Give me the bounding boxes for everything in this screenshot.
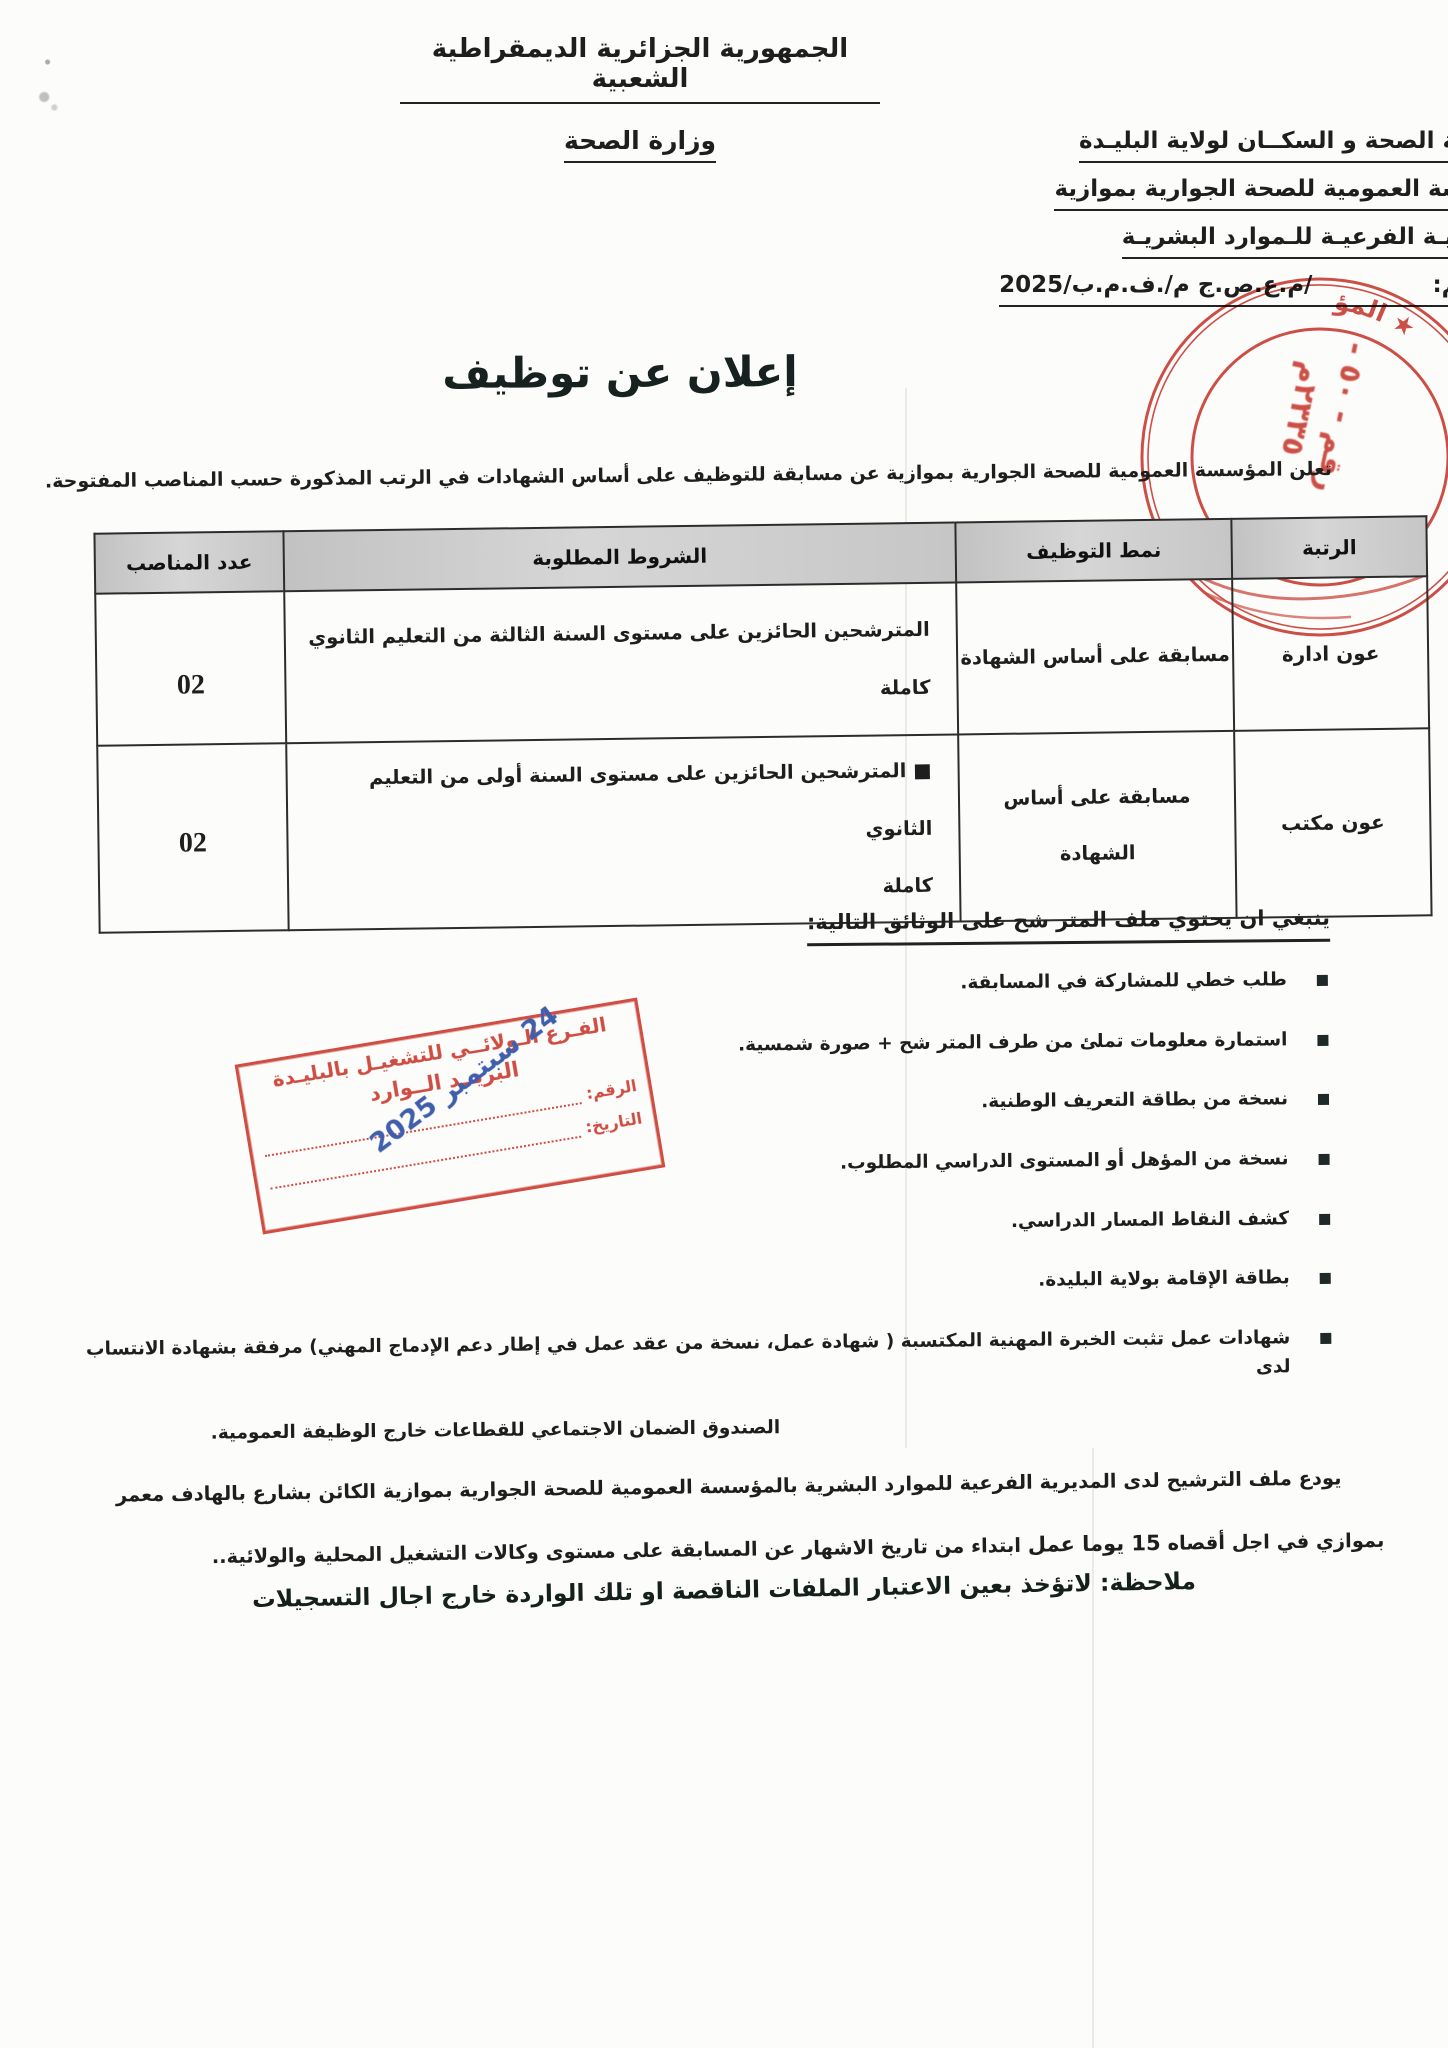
national-header: الجمهورية الجزائرية الديمقراطية الشعبية … xyxy=(400,34,880,163)
positions-table: الرتبة نمط التوظيف الشروط المطلوبة عدد ا… xyxy=(93,515,1432,933)
list-item-text: كشف النقاط المسار الدراسي. xyxy=(1011,1205,1290,1236)
list-item-text: نسخة من بطاقة التعريف الوطنية. xyxy=(981,1086,1288,1118)
square-bullet-icon xyxy=(1320,1273,1331,1284)
list-item: كشف النقاط المسار الدراسي. xyxy=(55,1205,1330,1246)
square-bullet-icon xyxy=(1317,975,1328,986)
table-row: عون ادارة مسابقة على أساس الشهادة المترش… xyxy=(95,576,1429,745)
square-bullet-icon xyxy=(1320,1333,1331,1344)
count-cell: 02 xyxy=(97,743,288,932)
square-bullet-icon xyxy=(1319,1214,1330,1225)
page-title: إعلان عن توظيف xyxy=(360,347,880,399)
submission-text-continued: ابتداء من تاريخ الاشهار عن المسابقة على … xyxy=(212,1533,1028,1567)
mode-cell: مسابقة على أساس الشهادة xyxy=(958,731,1237,921)
list-item: طلب خطي للمشاركة في المسابقة. xyxy=(53,966,1328,1007)
col-header-recruitment-mode: نمط التوظيف xyxy=(955,519,1232,583)
list-item-text: طلب خطي للمشاركة في المسابقة. xyxy=(960,966,1287,998)
establishment-line: سسة العمومية للصحة الجوارية بموازية xyxy=(1054,176,1448,211)
col-header-required-conditions: الشروط المطلوبة xyxy=(283,522,956,591)
square-bullet-icon xyxy=(1317,1035,1328,1046)
rank-cell: عون ادارة xyxy=(1232,576,1429,731)
documents-heading: ينبغي ان يحتوي ملف المتر شح على الوثائق … xyxy=(807,906,1330,947)
list-item-text: بطاقة الإقامة بولاية البليدة. xyxy=(1038,1265,1290,1296)
scanned-job-announcement-page: { "colors":{"stamp_red":"#cd3a2f","hand_… xyxy=(0,0,1448,2048)
deadline-bold-text: 15 يوما عمل xyxy=(1028,1530,1161,1556)
square-bullet-icon xyxy=(1318,1094,1329,1105)
rect-stamp-number-label: الرقم: xyxy=(585,1076,638,1103)
rect-stamp-date-label: التاريخ: xyxy=(584,1108,644,1136)
list-item: شهادات عمل تثبت الخبرة المهنية المكتسبة … xyxy=(56,1324,1331,1394)
documents-heading-text: ينبغي ان يحتوي ملف المتر شح على الوثائق … xyxy=(807,906,1330,947)
ministry-title: وزارة الصحة xyxy=(564,126,716,163)
col-header-positions-count: عدد المناصب xyxy=(94,531,284,593)
directorate-line: يرية الصحة و السكــان لولاية البليـدة xyxy=(1079,128,1448,163)
conditions-cell: المترشحين الحائزين على مستوى السنة الثال… xyxy=(284,582,958,743)
scan-smudge xyxy=(34,48,68,118)
list-item: بطاقة الإقامة بولاية البليدة. xyxy=(56,1264,1331,1305)
list-item-text: شهادات عمل تثبت الخبرة المهنية المكتسبة … xyxy=(56,1324,1290,1393)
list-item-continuation: الصندوق الضمان الاجتماعي للقطاعات خارج ا… xyxy=(57,1418,780,1446)
col-header-rank: الرتبة xyxy=(1231,516,1427,579)
count-cell: 02 xyxy=(95,591,286,745)
republic-title: الجمهورية الجزائرية الديمقراطية الشعبية xyxy=(400,34,880,104)
mode-cell: مسابقة على أساس الشهادة xyxy=(956,579,1234,735)
list-item-text: استمارة معلومات تملئ من طرف المتر شح + ص… xyxy=(738,1026,1288,1060)
list-item: استمارة معلومات تملئ من طرف المتر شح + ص… xyxy=(53,1026,1328,1067)
list-item-text: نسخة من المؤهل أو المستوى الدراسي المطلو… xyxy=(840,1145,1289,1178)
rank-cell: عون مكتب xyxy=(1234,728,1431,917)
documents-list: طلب خطي للمشاركة في المسابقة. استمارة مع… xyxy=(53,966,1332,1446)
positions-table-wrapper: الرتبة نمط التوظيف الشروط المطلوبة عدد ا… xyxy=(93,515,1432,933)
conditions-cell: ■ المترشحين الحائزين على مستوى السنة أول… xyxy=(286,734,960,929)
square-bullet-icon xyxy=(1319,1154,1330,1165)
table-row: عون مكتب مسابقة على أساس الشهادة ■ المتر… xyxy=(97,728,1431,932)
list-item: نسخة من المؤهل أو المستوى الدراسي المطلو… xyxy=(55,1145,1330,1186)
